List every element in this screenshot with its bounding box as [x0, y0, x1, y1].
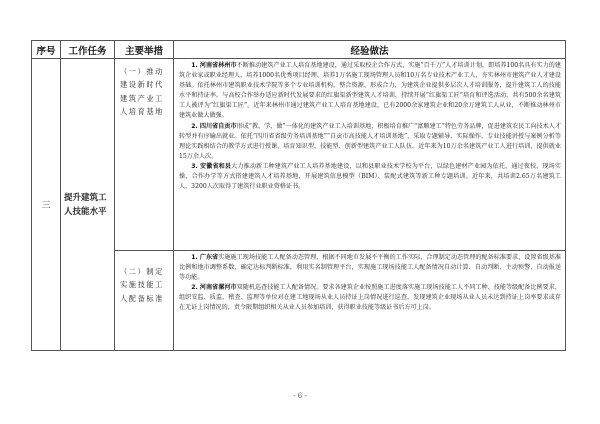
region-name: 1. 河南省林州市: [191, 62, 236, 69]
header-measure: 主要举措: [115, 41, 174, 59]
experience-item: 1. 广东省实施施工现场技能工人配备动态管理，根据不同地市发展不平衡的工作实际，…: [179, 253, 561, 283]
experience-cell: 1. 河南省林州市不断推动建筑产业工人培育基地建设，通过采取校企合作方式，实施“…: [174, 59, 566, 251]
region-name: 1. 广东省: [191, 254, 218, 261]
region-name: 3. 安徽省和县: [191, 163, 231, 170]
table-row: 三 提升建筑工人技能水平 （一）推动建设新时代建筑产业工人培育基地 1. 河南省…: [32, 59, 566, 251]
measure-cell: （一）推动建设新时代建筑产业工人培育基地: [115, 59, 174, 251]
experience-cell: 1. 广东省实施施工现场技能工人配备动态管理，根据不同地市发展不平衡的工作实际，…: [174, 251, 566, 351]
region-name: 2. 河南省漯河市: [191, 284, 236, 291]
experience-item: 3. 安徽省和县大力推动新工种建筑产业工人培养基地建设，以和县职业技术学校为平台…: [179, 162, 561, 192]
header-task: 工作任务: [61, 41, 115, 59]
experience-table: 序号 工作任务 主要举措 经验做法 三 提升建筑工人技能水平 （一）推动建设新时…: [31, 40, 566, 351]
measure-cell: （二）制定实施技能工人配备标准: [115, 251, 174, 351]
task-cell: 提升建筑工人技能水平: [61, 59, 115, 351]
table-header-row: 序号 工作任务 主要举措 经验做法: [32, 41, 566, 59]
page-number: - 6 -: [0, 392, 600, 400]
section-index: 三: [32, 59, 61, 351]
experience-item: 2. 四川省自贡市形成“教、学、做”一体化的建筑产业工人培训基地，积极培育推广“…: [179, 122, 561, 162]
header-experience: 经验做法: [174, 41, 566, 59]
header-index: 序号: [32, 41, 61, 59]
region-name: 2. 四川省自贡市: [191, 123, 236, 130]
experience-item: 1. 河南省林州市不断推动建筑产业工人培育基地建设，通过采取校企合作方式，实施“…: [179, 61, 561, 122]
measure-text: （二）制定实施技能工人配备标准: [115, 251, 173, 305]
measure-text: （一）推动建设新时代建筑产业工人培育基地: [115, 59, 173, 119]
experience-item: 2. 河南省漯河市双随机巡查技能工人配备情况。要求各建筑企业按照施工进度落实施工…: [179, 283, 561, 313]
